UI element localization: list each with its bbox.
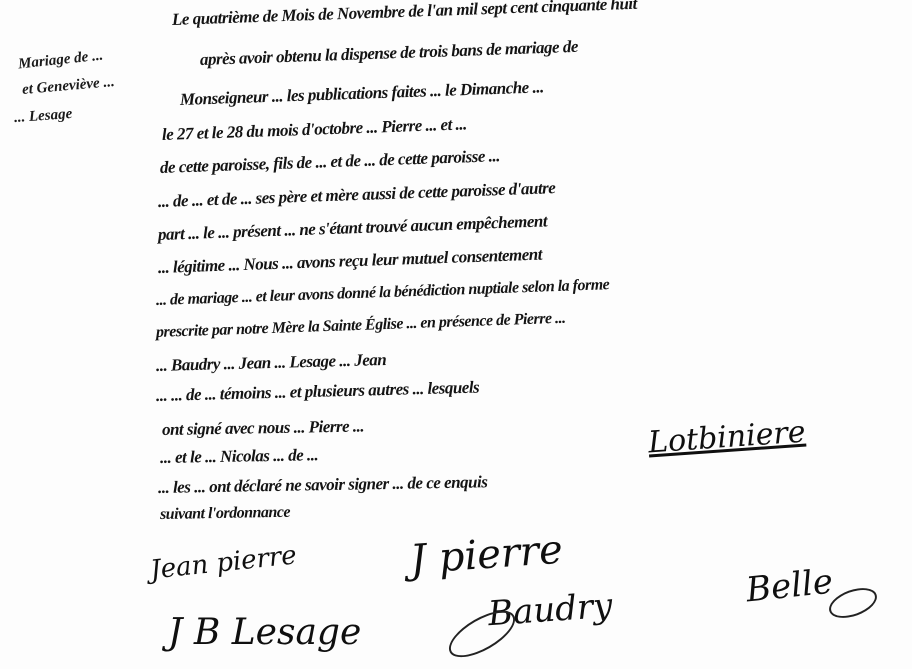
signature-witness-1: Jean pierre <box>149 540 298 585</box>
body-line-4: le 27 et le 28 du mois d'octobre ... Pie… <box>162 114 467 145</box>
signature-witness-4: J B Lesage <box>168 612 361 653</box>
signature-flourish-icon <box>442 602 522 667</box>
body-line-11: ... Baudry ... Jean ... Lesage ... Jean <box>156 350 387 376</box>
body-line-10: prescrite par notre Mère la Sainte Églis… <box>156 310 566 342</box>
margin-note-line-2: et Geneviève ... <box>21 74 115 99</box>
body-line-3: Monseigneur ... les publications faites … <box>180 77 544 110</box>
document-page: Mariage de ... et Geneviève ... ... Lesa… <box>0 0 912 669</box>
body-line-13: ont signé avec nous ... Pierre ... <box>162 416 364 440</box>
body-line-12: ... ... de ... témoins ... et plusieurs … <box>156 378 480 406</box>
body-line-7: part ... le ... présent ... ne s'étant t… <box>158 211 548 245</box>
body-line-1: Le quatrième de Mois de Novembre de l'an… <box>172 0 638 30</box>
body-line-16: suivant l'ordonnance <box>160 504 290 524</box>
signature-witness-2: J pierre <box>409 527 565 584</box>
body-line-5: de cette paroisse, fils de ... et de ...… <box>160 146 501 178</box>
signature-witness-3: Belle <box>744 562 835 611</box>
body-line-9: ... de mariage ... et leur avons donné l… <box>156 276 610 310</box>
body-line-8: ... légitime ... Nous ... avons reçu leu… <box>158 245 543 278</box>
body-line-14: ... et le ... Nicolas ... de ... <box>160 445 319 468</box>
body-line-6: ... de ... et de ... ses père et mère au… <box>158 178 556 212</box>
margin-note-line-1: Mariage de ... <box>17 48 104 74</box>
signature-officiant: Lotbiniere <box>647 415 807 461</box>
margin-note-line-3: ... Lesage <box>13 106 72 127</box>
body-line-2: après avoir obtenu la dispense de trois … <box>200 37 579 70</box>
body-line-15: ... les ... ont déclaré ne savoir signer… <box>158 472 488 498</box>
